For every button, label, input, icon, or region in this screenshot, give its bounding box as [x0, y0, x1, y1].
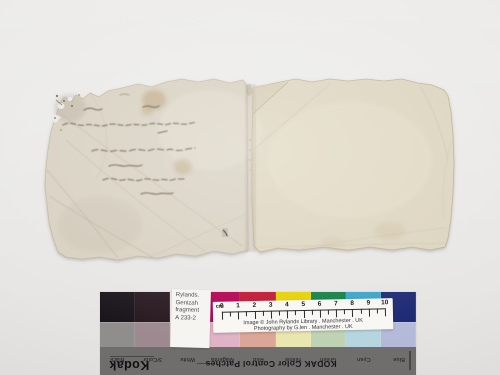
- patch-name-cyan: Cyan: [357, 355, 371, 363]
- patch-name-cell-yellow: Yellow: [276, 347, 311, 355]
- fine-print-smudge: [409, 351, 411, 370]
- ruler-tick: [230, 312, 231, 317]
- ruler-tick: [369, 309, 370, 317]
- patch-name-cell-black: Black: [100, 347, 135, 355]
- ruler-tick: [246, 311, 247, 316]
- ruler-tick: [377, 308, 378, 313]
- patch-name-cell-cyan: Cyan: [346, 347, 381, 355]
- ruler-number-6: 6: [318, 301, 322, 308]
- color-patch-bottom-3-color: [135, 322, 170, 347]
- photo-canvas: Black3/ColorWhiteMagentaRedYellowGreenCy…: [0, 0, 500, 375]
- ruler-tick: [336, 309, 337, 317]
- ruler-number-7: 7: [334, 300, 338, 307]
- archive-label-line: A 233-2: [175, 315, 210, 323]
- ruler-number-8: 8: [350, 300, 354, 307]
- ruler-tick: [254, 311, 255, 319]
- ruler-number-1: 1: [236, 302, 240, 309]
- kodak-name-row: Black3/ColorWhiteMagentaRedYellowGreenCy…: [100, 347, 416, 355]
- color-patch-bottom-black: [100, 322, 135, 347]
- ruler-number-0: 0: [220, 303, 224, 310]
- ruler-tick: [295, 310, 296, 315]
- fine-print-smudge: [110, 356, 154, 357]
- patch-name-cell-magenta: Magenta: [205, 347, 240, 355]
- ruler-tick: [312, 310, 313, 315]
- kodak-strip-title: KODAK Color Control Patches: [205, 359, 336, 369]
- ruler-tick: [238, 311, 239, 319]
- patch-name-white: White: [180, 355, 195, 363]
- ruler-tick: [360, 309, 361, 314]
- color-patch-3-color: [135, 292, 170, 347]
- kodak-brand-logo: Kodak: [109, 358, 149, 372]
- ruler-number-9: 9: [367, 300, 371, 307]
- kodak-gray-bar: Black3/ColorWhiteMagentaRedYellowGreenCy…: [100, 347, 416, 375]
- color-patch-top-black: [100, 292, 135, 322]
- ruler-number-2: 2: [252, 302, 256, 309]
- patch-name-blue: Blue: [393, 355, 405, 363]
- ruler-tick: [352, 309, 353, 317]
- ruler-tick: [222, 312, 223, 320]
- ruler-tick: [303, 310, 304, 318]
- fine-print-smudge: [197, 363, 212, 364]
- ruler-tick: [279, 310, 280, 315]
- patch-name-cell-red: Red: [240, 347, 275, 355]
- archive-reference-label: Rylands. Genizah fragment A 233-2: [170, 289, 211, 348]
- patch-name-cell-blue: Blue: [381, 347, 416, 355]
- ruler-number-4: 4: [285, 301, 289, 308]
- ruler-number-3: 3: [269, 302, 273, 309]
- ruler-tick: [263, 311, 264, 316]
- ruler-tick: [271, 311, 272, 319]
- patch-name-cell-3-color: 3/Color: [135, 347, 170, 355]
- ruler-number-10: 10: [381, 299, 388, 306]
- ruler-tick: [320, 310, 321, 318]
- ruler-tick: [385, 308, 386, 316]
- patch-name-cell-green: Green: [311, 347, 346, 355]
- color-patch-top-3-color: [135, 292, 170, 322]
- ruler-tick: [344, 309, 345, 314]
- color-patch-black: [100, 292, 135, 347]
- ruler-tick: [287, 310, 288, 318]
- ruler-number-5: 5: [301, 301, 305, 308]
- ruler-tick: [328, 309, 329, 314]
- small-ink-mark: [222, 228, 228, 237]
- patch-name-cell-white: White: [170, 347, 205, 355]
- cm-scale-ruler: cm 012345678910 Image © John Rylands Lib…: [213, 298, 394, 333]
